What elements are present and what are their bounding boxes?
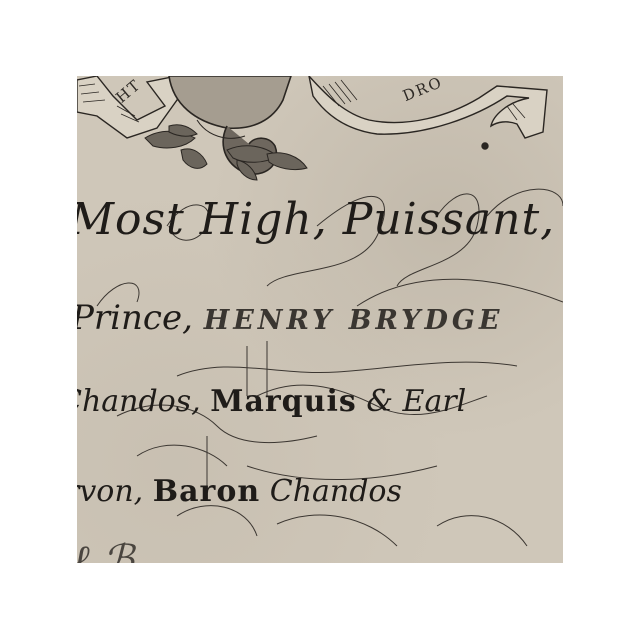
script-line-5-partial: ℓ ℬ xyxy=(77,536,134,563)
line2-name: HENRY BRYDGE xyxy=(204,305,504,336)
line3-title: Marquis xyxy=(210,384,357,419)
line4-title: Baron xyxy=(153,474,260,509)
script-line-2: Prince, HENRY BRYDGE xyxy=(77,298,504,338)
engraving-artwork: HT DRO Most High, Puissant, and Prince, … xyxy=(77,76,563,563)
line2-prefix: Prince, xyxy=(77,298,193,338)
script-line-4: rvon, Baron Chandos xyxy=(77,474,402,509)
script-line-1: Most High, Puissant, and xyxy=(77,194,563,245)
line4-suffix: Chandos xyxy=(270,474,402,509)
line3-suffix: & Earl xyxy=(366,384,466,419)
line3-prefix: Chandos, xyxy=(77,384,201,419)
script-line-3: Chandos, Marquis & Earl xyxy=(77,384,466,419)
line4-prefix: rvon, xyxy=(77,474,143,509)
